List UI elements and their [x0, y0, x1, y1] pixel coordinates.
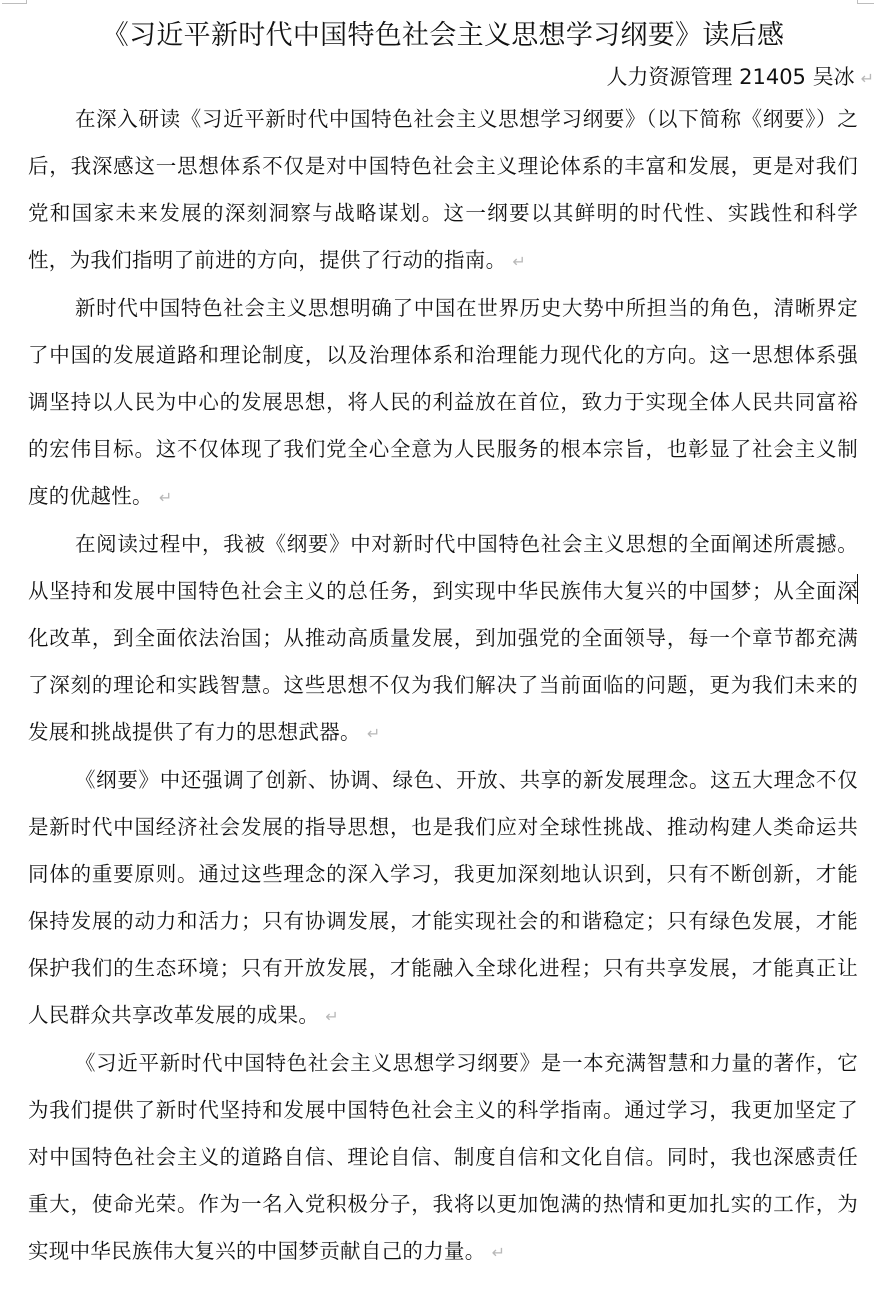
- paragraph-text: 《习近平新时代中国特色社会主义思想学习纲要》是一本充满智慧和力量的著作，它为我们…: [28, 1051, 858, 1263]
- crop-mark-top-right: [857, 0, 874, 4]
- paragraph-3[interactable]: 在阅读过程中，我被《纲要》中对新时代中国特色社会主义思想的全面阐述所震撼。从坚持…: [28, 521, 858, 757]
- paragraph-mark-icon: ↵: [159, 488, 173, 507]
- paragraph-text: 《纲要》中还强调了创新、协调、绿色、开放、共享的新发展理念。这五大理念不仅是新时…: [28, 768, 858, 1027]
- paragraph-text: 在深入研读《习近平新时代中国特色社会主义思想学习纲要》（以下简称《纲要》）之后，…: [28, 107, 858, 272]
- paragraph-text: 新时代中国特色社会主义思想明确了中国在世界历史大势中所担当的角色，清晰界定了中国…: [28, 296, 858, 508]
- paragraph-mark-icon: ↵: [367, 724, 381, 743]
- paragraph-mark-icon: ↵: [861, 69, 874, 88]
- paragraph-5[interactable]: 《习近平新时代中国特色社会主义思想学习纲要》是一本充满智慧和力量的著作，它为我们…: [28, 1040, 858, 1276]
- paragraph-2[interactable]: 新时代中国特色社会主义思想明确了中国在世界历史大势中所担当的角色，清晰界定了中国…: [28, 285, 858, 521]
- paragraph-mark-icon: ↵: [325, 1007, 339, 1026]
- author-text: 人力资源管理 21405 吴冰: [606, 65, 854, 89]
- document-title[interactable]: 《习近平新时代中国特色社会主义思想学习纲要》读后感: [28, 0, 858, 58]
- paragraph-mark-icon: ↵: [492, 1243, 506, 1262]
- paragraph-1[interactable]: 在深入研读《习近平新时代中国特色社会主义思想学习纲要》（以下简称《纲要》）之后，…: [28, 96, 858, 285]
- paragraph-text: 在阅读过程中，我被《纲要》中对新时代中国特色社会主义思想的全面阐述所震撼。从坚持…: [28, 532, 858, 744]
- crop-mark-top-left: [2, 0, 27, 4]
- paragraph-4[interactable]: 《纲要》中还强调了创新、协调、绿色、开放、共享的新发展理念。这五大理念不仅是新时…: [28, 757, 858, 1040]
- text-cursor: [857, 574, 858, 604]
- author-line[interactable]: 人力资源管理 21405 吴冰↵: [28, 58, 874, 96]
- document-page[interactable]: 《习近平新时代中国特色社会主义思想学习纲要》读后感 人力资源管理 21405 吴…: [28, 0, 858, 1276]
- paragraph-mark-icon: ↵: [512, 252, 526, 271]
